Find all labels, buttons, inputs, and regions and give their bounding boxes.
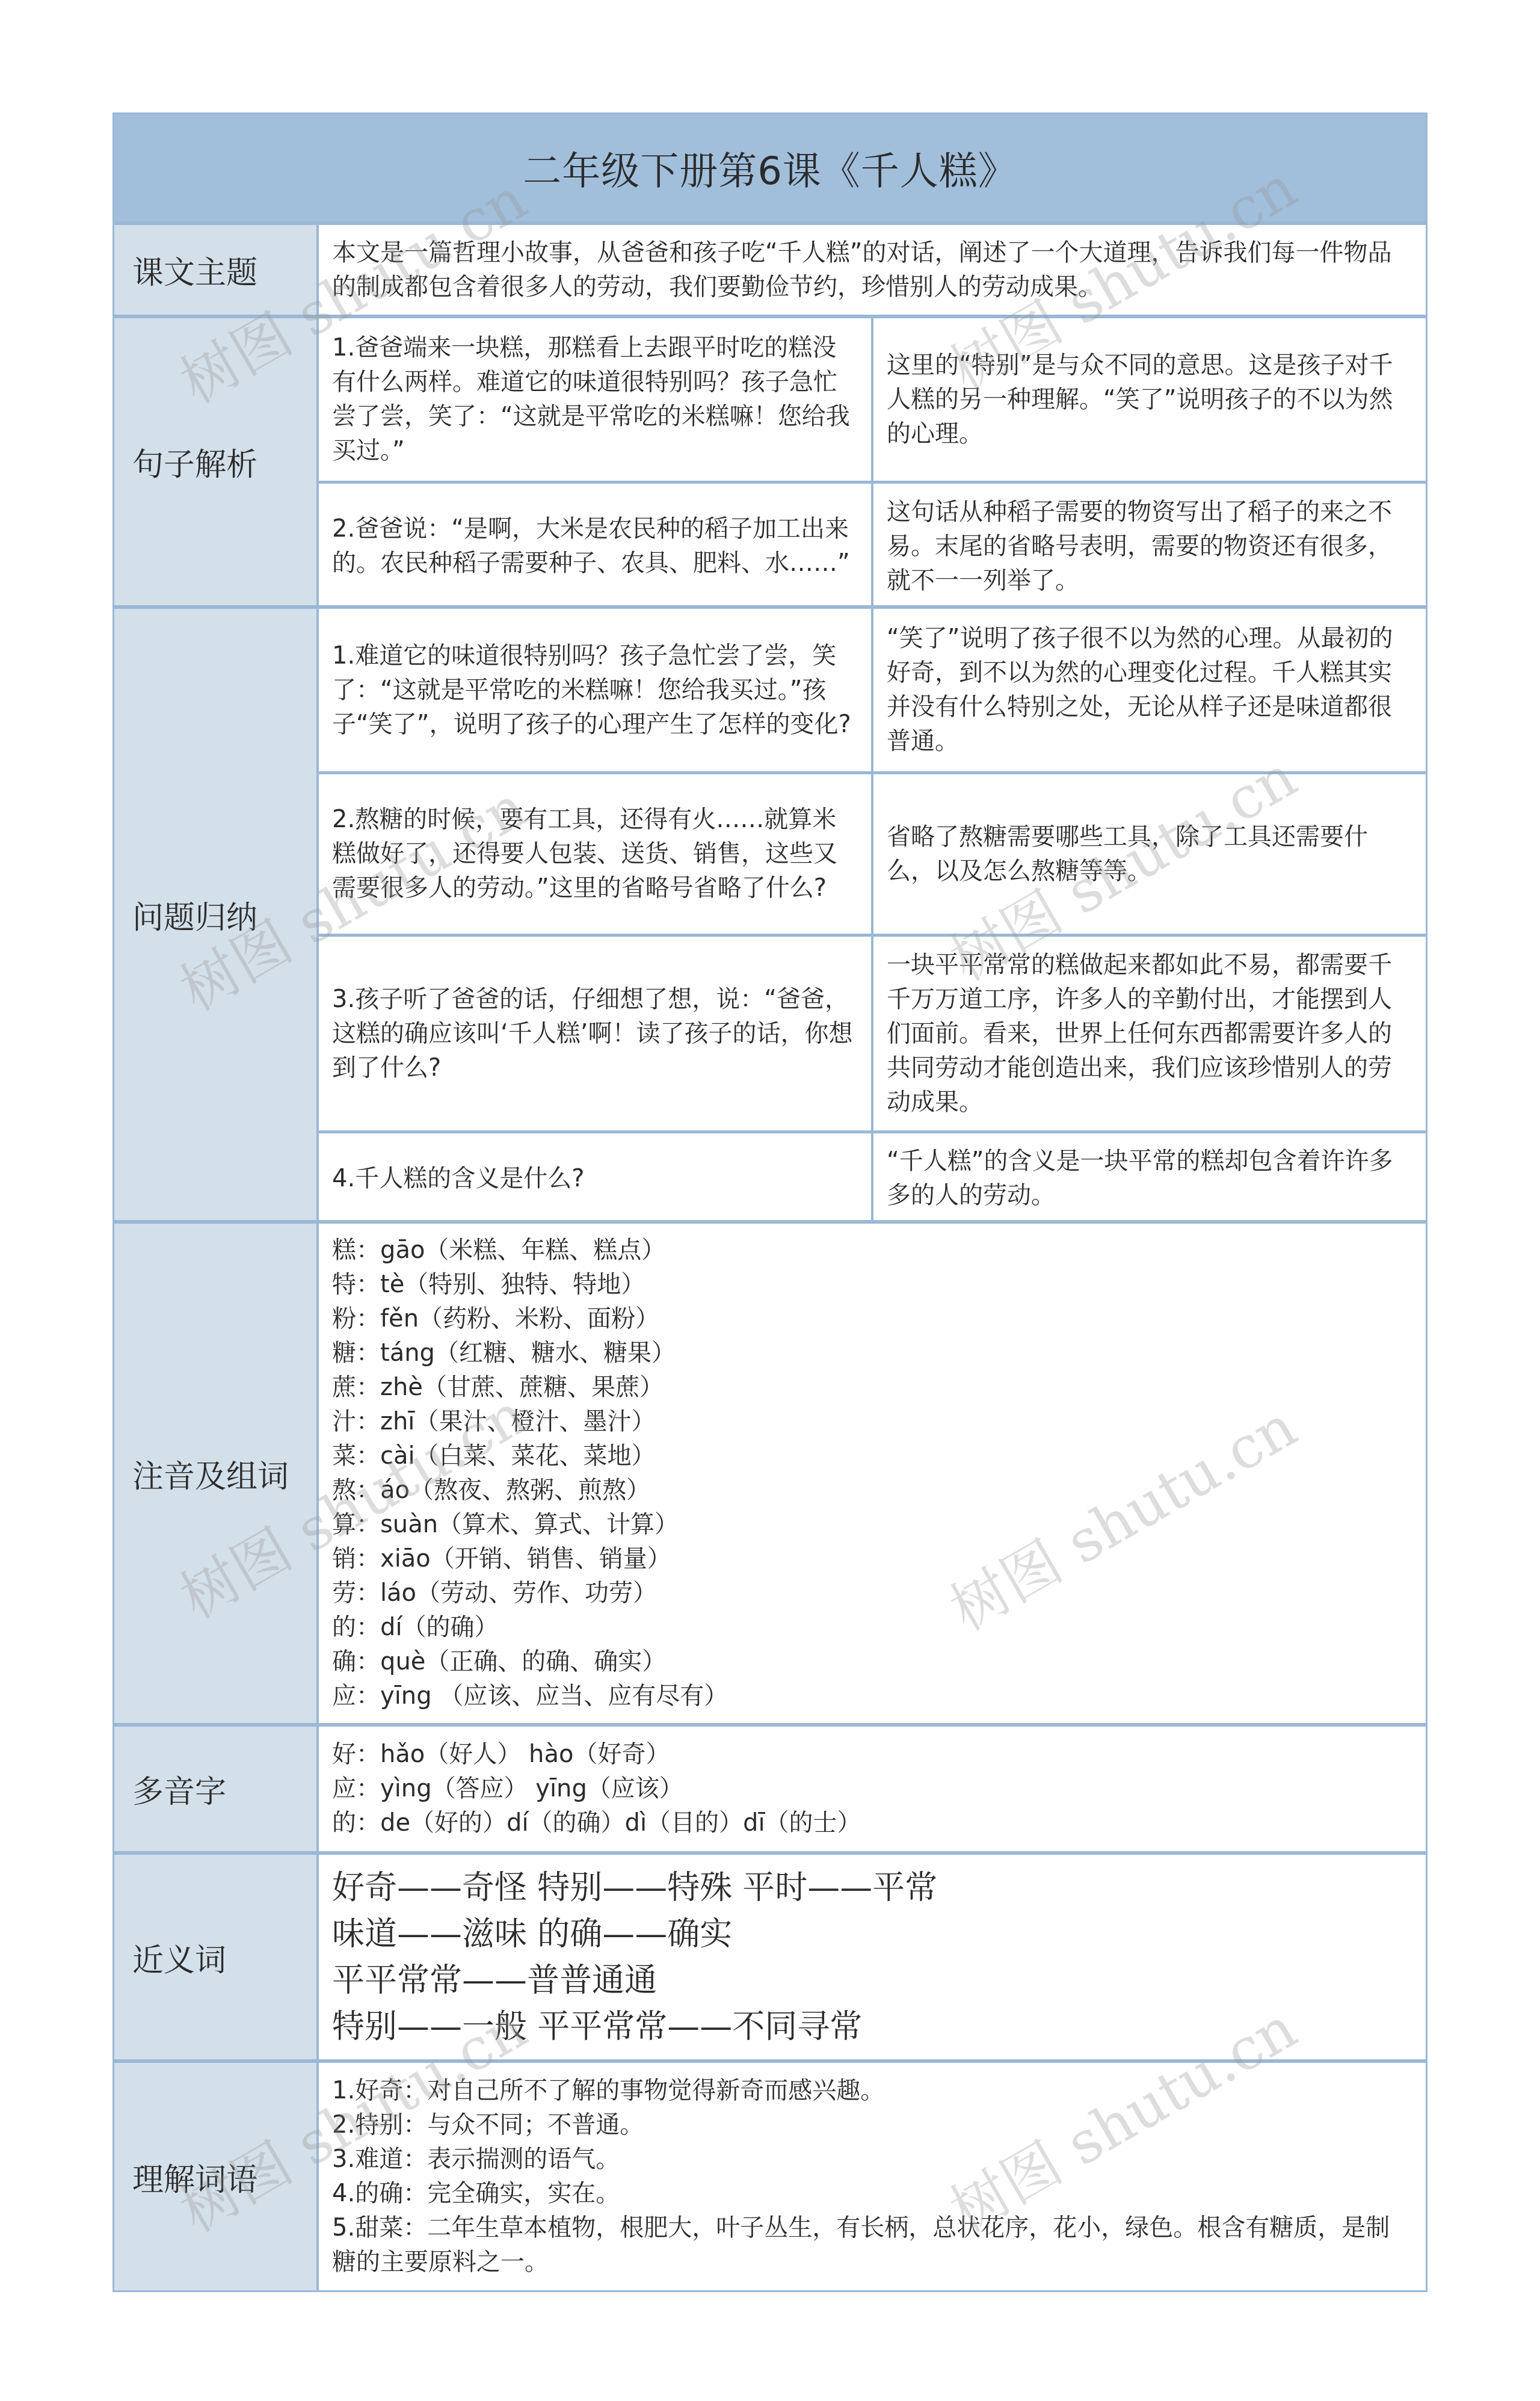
section-label: 课文主题	[114, 225, 319, 315]
title-banner: 二年级下册第6课《千人糕》	[114, 114, 1426, 223]
pinyin-list: 糕：gāo（米糕、年糕、糕点） 特：tè（特别、独特、特地） 粉：fěn（药粉、…	[332, 1233, 1412, 1713]
section-theme: 课文主题 本文是一篇哲理小故事，从爸爸和孩子吃“千人糕”的对话，阐述了一个大道理…	[114, 221, 1426, 315]
section-questions: 问题归纳 1.难道它的味道很特别吗？孩子急忙尝了尝，笑了：“这就是平常吃的米糕嘛…	[114, 605, 1426, 1220]
pinyin-line: 算：suàn（算术、算式、计算）	[332, 1508, 1412, 1542]
answer-text: 省略了熬糖需要哪些工具，除了工具还需要什么，以及怎么熬糖等等。	[887, 820, 1412, 889]
synonym-line: 味道——滋味 的确——确实	[332, 1911, 1412, 1957]
polyphone-line: 应：yìng（答应） yīng（应该）	[332, 1772, 1412, 1806]
word-line: 4.的确：完全确实，实在。	[332, 2177, 1412, 2211]
word-line: 5.甜菜：二年生草本植物，根肥大，叶子丛生，有长柄，总状花序，花小，绿色。根含有…	[332, 2211, 1412, 2279]
page-title: 二年级下册第6课《千人糕》	[523, 140, 1017, 196]
synonym-line: 特别——一般 平平常常——不同寻常	[332, 2003, 1412, 2050]
word-line: 2.特别：与众不同；不普通。	[332, 2108, 1412, 2142]
sentence-quote: 2.爸爸说：“是啊，大米是农民种的稻子加工出来的。农民种稻子需要种子、农具、肥料…	[332, 512, 858, 581]
sentence-analysis: 这句话从种稻子需要的物资写出了稻子的来之不易。末尾的省略号表明，需要的物资还有很…	[887, 495, 1412, 598]
sentence-analysis: 这里的“特别”是与众不同的意思。这是孩子对千人糕的另一种理解。“笑了”说明孩子的…	[887, 348, 1412, 451]
answer-text: 一块平平常常的糕做起来都如此不易，都需要千千万万道工序，许多人的辛勤付出，才能摆…	[887, 948, 1412, 1120]
answer-text: “千人糕”的含义是一块平常的糕却包含着许许多多的人的劳动。	[887, 1144, 1412, 1213]
section-polyphones: 多音字 好：hǎo（好人） hào（好奇） 应：yìng（答应） yīng（应该…	[114, 1723, 1426, 1851]
question-row: 4.千人糕的含义是什么? “千人糕”的含义是一块平常的糕却包含着许许多多的人的劳…	[319, 1130, 1426, 1224]
section-sentences: 句子解析 1.爸爸端来一块糕，那糕看上去跟平时吃的糕没有什么两样。难道它的味道很…	[114, 315, 1426, 605]
section-words: 理解词语 1.好奇：对自己所不了解的事物觉得新奇而感兴趣。 2.特别：与众不同；…	[114, 2059, 1426, 2290]
section-synonyms: 近义词 好奇——奇怪 特别——特殊 平时——平常 味道——滋味 的确——确实 平…	[114, 1851, 1426, 2059]
question-row: 3.孩子听了爸爸的话，仔细想了想，说：“爸爸，这糕的确应该叫‘千人糕’啊！读了孩…	[319, 934, 1426, 1130]
pinyin-line: 销：xiāo（开销、销售、销量）	[332, 1542, 1412, 1576]
question-text: 3.孩子听了爸爸的话，仔细想了想，说：“爸爸，这糕的确应该叫‘千人糕’啊！读了孩…	[332, 982, 858, 1085]
pinyin-line: 特：tè（特别、独特、特地）	[332, 1268, 1412, 1302]
polyphone-list: 好：hǎo（好人） hào（好奇） 应：yìng（答应） yīng（应该） 的：…	[332, 1737, 1412, 1840]
question-text: 1.难道它的味道很特别吗？孩子急忙尝了尝，笑了：“这就是平常吃的米糕嘛！您给我买…	[332, 639, 858, 742]
polyphone-line: 好：hǎo（好人） hào（好奇）	[332, 1737, 1412, 1772]
pinyin-line: 粉：fěn（药粉、米粉、面粉）	[332, 1302, 1412, 1336]
answer-text: “笑了”说明了孩子很不以为然的心理。从最初的好奇，到不以为然的心理变化过程。千人…	[887, 621, 1412, 759]
question-row: 2.熬糖的时候，要有工具，还得有火……就算米糕做好了，还得要人包装、送货、销售，…	[319, 771, 1426, 934]
question-text: 4.千人糕的含义是什么?	[332, 1162, 584, 1196]
synonym-line: 好奇——奇怪 特别——特殊 平时——平常	[332, 1864, 1412, 1911]
sentence-row: 2.爸爸说：“是啊，大米是农民种的稻子加工出来的。农民种稻子需要种子、农具、肥料…	[319, 481, 1426, 609]
polyphone-line: 的：de（好的）dí（的确）dì（目的）dī（的士）	[332, 1806, 1412, 1840]
word-line: 3.难道：表示揣测的语气。	[332, 2142, 1412, 2177]
pinyin-line: 菜：cài（白菜、菜花、菜地）	[332, 1439, 1412, 1473]
section-pinyin: 注音及组词 糕：gāo（米糕、年糕、糕点） 特：tè（特别、独特、特地） 粉：f…	[114, 1220, 1426, 1723]
pinyin-line: 确：què（正确、的确、确实）	[332, 1645, 1412, 1679]
section-label: 注音及组词	[114, 1224, 319, 1723]
section-label: 问题归纳	[114, 609, 319, 1220]
section-label: 句子解析	[114, 318, 319, 605]
theme-text: 本文是一篇哲理小故事，从爸爸和孩子吃“千人糕”的对话，阐述了一个大道理，告诉我们…	[332, 236, 1412, 304]
synonym-list: 好奇——奇怪 特别——特殊 平时——平常 味道——滋味 的确——确实 平平常常—…	[332, 1864, 1412, 2050]
sentence-row: 1.爸爸端来一块糕，那糕看上去跟平时吃的糕没有什么两样。难道它的味道很特别吗？孩…	[319, 318, 1426, 481]
pinyin-line: 应：yīng （应该、应当、应有尽有）	[332, 1679, 1412, 1713]
question-text: 2.熬糖的时候，要有工具，还得有火……就算米糕做好了，还得要人包装、送货、销售，…	[332, 803, 858, 905]
sentence-quote: 1.爸爸端来一块糕，那糕看上去跟平时吃的糕没有什么两样。难道它的味道很特别吗？孩…	[332, 331, 858, 468]
pinyin-line: 汁：zhī（果汁、橙汁、墨汁）	[332, 1405, 1412, 1439]
question-row: 1.难道它的味道很特别吗？孩子急忙尝了尝，笑了：“这就是平常吃的米糕嘛！您给我买…	[319, 609, 1426, 771]
lesson-table: 二年级下册第6课《千人糕》 课文主题 本文是一篇哲理小故事，从爸爸和孩子吃“千人…	[112, 112, 1428, 2292]
word-line: 1.好奇：对自己所不了解的事物觉得新奇而感兴趣。	[332, 2074, 1412, 2108]
section-label: 理解词语	[114, 2063, 319, 2290]
pinyin-line: 熬：áo（熬夜、熬粥、煎熬）	[332, 1473, 1412, 1508]
pinyin-line: 的：dí（的确）	[332, 1610, 1412, 1645]
pinyin-line: 蔗：zhè（甘蔗、蔗糖、果蔗）	[332, 1370, 1412, 1405]
pinyin-line: 劳：láo（劳动、劳作、功劳）	[332, 1576, 1412, 1610]
synonym-line: 平平常常——普普通通	[332, 1957, 1412, 2003]
section-label: 多音字	[114, 1727, 319, 1851]
word-list: 1.好奇：对自己所不了解的事物觉得新奇而感兴趣。 2.特别：与众不同；不普通。 …	[332, 2074, 1412, 2279]
section-label: 近义词	[114, 1855, 319, 2059]
pinyin-line: 糕：gāo（米糕、年糕、糕点）	[332, 1233, 1412, 1268]
pinyin-line: 糖：táng（红糖、糖水、糖果）	[332, 1336, 1412, 1370]
